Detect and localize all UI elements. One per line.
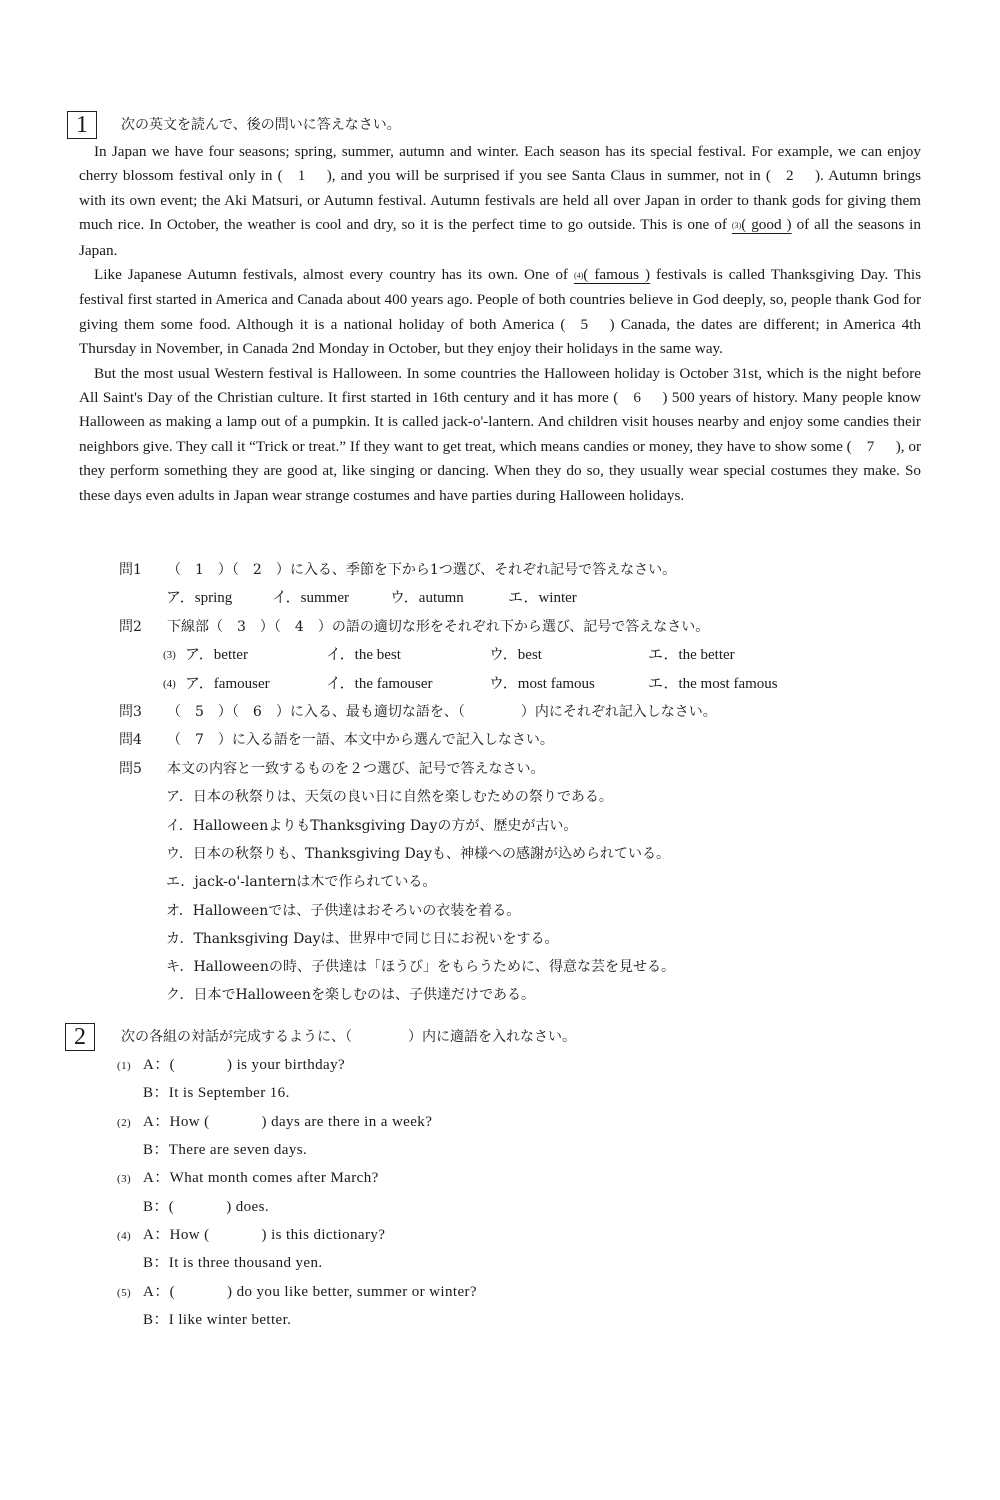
dialog-2-a: (2)A：How () days are there in a week?: [117, 1113, 432, 1132]
section-number-1: 1: [67, 111, 97, 139]
section2-instruction: 次の各組の対話が完成するように、（ ）内に適語を入れなさい。: [121, 1028, 576, 1046]
choice-h: ク．日本でHalloweenを楽しむのは、子供達だけである。: [166, 986, 535, 1004]
option-d: エ．winter: [508, 589, 577, 607]
question-5: 問5本文の内容と一致するものを２つ選び、記号で答えなさい。: [119, 760, 544, 778]
choice-d: エ．jack-o'-lanternは木で作られている。: [166, 873, 436, 891]
choice-a: ア．日本の秋祭りは、天気の良い日に自然を楽しむための祭りである。: [166, 788, 613, 806]
blank-7: 7: [852, 435, 896, 459]
exam-page: 1 次の英文を読んで、後の問いに答えなさい。 In Japan we have …: [0, 0, 1000, 1500]
dialog-5-b: B：I like winter better.: [143, 1311, 291, 1329]
option-a: ア．spring: [166, 589, 232, 607]
question-1: 問1（ 1 ）（ 2 ）に入る、季節を下から1つ選び、それぞれ記号で答えなさい。: [119, 561, 676, 579]
choice-f: カ．Thanksgiving Dayは、世界中で同じ日にお祝いをする。: [166, 930, 559, 948]
dialog-3-a: (3)A：What month comes after March?: [117, 1169, 379, 1188]
dialog-4-b: B：It is three thousand yen.: [143, 1254, 323, 1272]
dialog-2-b: B：There are seven days.: [143, 1141, 307, 1159]
paragraph-1: In Japan we have four seasons; spring, s…: [79, 140, 921, 263]
choice-e: オ．Halloweenでは、子供達はおそろいの衣装を着る。: [166, 902, 520, 920]
section-number-2: 2: [65, 1023, 95, 1051]
paragraph-3: But the most usual Western festival is H…: [79, 362, 921, 508]
dialog-5-a: (5)A：() do you like better, summer or wi…: [117, 1283, 477, 1302]
question-3: 問3（ 5 ）（ 6 ）に入る、最も適切な語を、（ ）内にそれぞれ記入しなさい。: [119, 703, 717, 721]
option-c: ウ．autumn: [390, 589, 464, 607]
section1-instruction: 次の英文を読んで、後の問いに答えなさい。: [121, 116, 401, 134]
reading-passage: In Japan we have four seasons; spring, s…: [79, 140, 921, 508]
option-b: イ．summer: [272, 589, 349, 607]
paragraph-2: Like Japanese Autumn festivals, almost e…: [79, 263, 921, 362]
choice-b: イ．HalloweenよりもThanksgiving Dayの方が、歴史が古い。: [166, 817, 577, 835]
underline-3: (3)( good ): [732, 216, 792, 233]
question-2: 問2下線部（ 3 ）（ 4 ）の語の適切な形をそれぞれ下から選び、記号で答えなさ…: [119, 618, 709, 636]
dialog-4-a: (4)A：How () is this dictionary?: [117, 1226, 385, 1245]
blank-6: 6: [618, 386, 662, 410]
dialog-3-b: B：() does.: [143, 1198, 269, 1216]
underline-4: (4)( famous ): [574, 266, 650, 283]
choice-c: ウ．日本の秋祭りも、Thanksgiving Dayも、神様への感謝が込められて…: [166, 845, 670, 863]
dialog-1-a: (1)A：() is your birthday?: [117, 1056, 345, 1075]
blank-1: 1: [283, 164, 327, 188]
question-4: 問4（ 7 ）に入る語を一語、本文中から選んで記入しなさい。: [119, 731, 554, 749]
dialog-1-b: B：It is September 16.: [143, 1084, 290, 1102]
blank-5: 5: [565, 313, 609, 337]
choice-g: キ．Halloweenの時、子供達は「ほうび」をもらうために、得意な芸を見せる。: [166, 958, 675, 976]
blank-2: 2: [771, 164, 815, 188]
